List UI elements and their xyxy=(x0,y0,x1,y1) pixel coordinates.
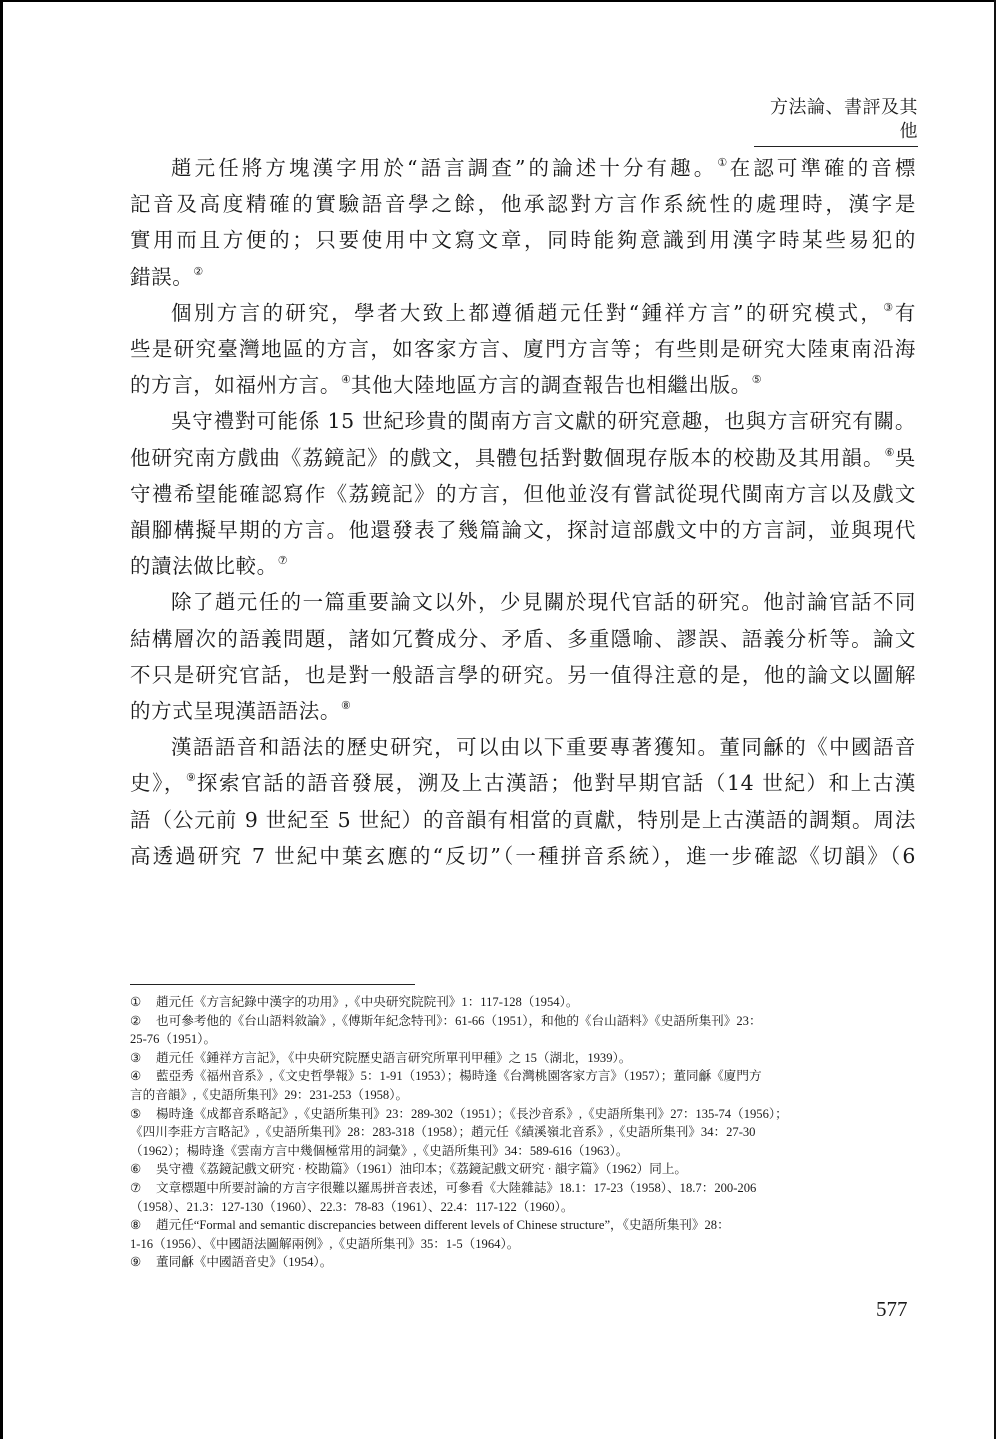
text-line: 實用而且方便的；只要使用中文寫文章，同時能夠意識到用漢字時某些易犯的 xyxy=(130,222,916,258)
footnote-6: ⑥吳守禮《荔鏡記戲文研究 · 校勘篇》（1961）油印本；《荔鏡記戲文研究 · … xyxy=(130,1160,916,1179)
text-line: 高透過研究 7 世紀中葉玄應的“反切”（一種拼音系統），進一步確認《切韻》（6 xyxy=(130,838,916,874)
paragraph: 除了趙元任的一篇重要論文以外，少見關於現代官話的研究。他討論官話不同 結構層次的… xyxy=(130,584,916,729)
footnote-3: ③趙元任《鍾祥方言記》，《中央研究院歷史語言研究所單刊甲種》之 15（湖北，19… xyxy=(130,1049,916,1068)
footnote-ref[interactable]: ② xyxy=(193,265,203,278)
page-border-top xyxy=(0,0,996,2)
footnotes: ①趙元任《方言紀錄中漢字的功用》,《中央研究院院刊》1：117-128（1954… xyxy=(130,993,916,1272)
footnote-ref[interactable]: ⑦ xyxy=(278,554,288,567)
page-border-left xyxy=(0,0,3,1439)
running-head: 方法論、書評及其他 xyxy=(754,96,918,147)
text-line: 吳守禮對可能係 15 世紀珍貴的閩南方言文獻的研究意趣，也與方言研究有關。 xyxy=(130,403,916,439)
text-line: 記音及高度精確的實驗語音學之餘，他承認對方言作系統性的處理時，漢字是 xyxy=(130,186,916,222)
footnote-number: ⑥ xyxy=(130,1160,156,1179)
text-line: 的方式呈現漢語語法。⑧ xyxy=(130,693,916,729)
footnote-number: ② xyxy=(130,1012,156,1031)
footnote-number: ⑨ xyxy=(130,1253,156,1272)
footnote-9: ⑨董同龢《中國語音史》（1954）。 xyxy=(130,1253,916,1272)
footnote-number: ⑧ xyxy=(130,1216,156,1235)
text-line: 他研究南方戲曲《荔鏡記》的戲文，具體包括對數個現存版本的校勘及其用韻。⑥吳 xyxy=(130,440,916,476)
text-line: 個別方言的研究，學者大致上都遵循趙元任對“鍾祥方言”的研究模式，③有 xyxy=(130,295,916,331)
footnote-number: ⑤ xyxy=(130,1105,156,1124)
footnote-ref[interactable]: ⑧ xyxy=(341,699,351,712)
footnote-number: ③ xyxy=(130,1049,156,1068)
paragraph: 趙元任將方塊漢字用於“語言調查”的論述十分有趣。①在認可準確的音標 記音及高度精… xyxy=(130,150,916,295)
footnote-divider xyxy=(130,984,415,985)
footnote-ref[interactable]: ⑤ xyxy=(752,373,762,386)
paragraph: 吳守禮對可能係 15 世紀珍貴的閩南方言文獻的研究意趣，也與方言研究有關。 他研… xyxy=(130,403,916,584)
text-line: 史》，⑨探索官話的語音發展，溯及上古漢語；他對早期官話（14 世紀）和上古漢 xyxy=(130,765,916,801)
paragraph: 漢語語音和語法的歷史研究，可以由以下重要專著獲知。董同龢的《中國語音 史》，⑨探… xyxy=(130,729,916,874)
footnote-1: ①趙元任《方言紀錄中漢字的功用》,《中央研究院院刊》1：117-128（1954… xyxy=(130,993,916,1012)
footnote-4: ④藍亞秀《福州音系》,《文史哲學報》5：1-91（1953）；楊時逢《台灣桃園客… xyxy=(130,1067,916,1104)
text-line: 語（公元前 9 世紀至 5 世紀）的音韻有相當的貢獻，特別是上古漢語的調類。周法 xyxy=(130,802,916,838)
footnote-ref[interactable]: ⑥ xyxy=(885,446,895,459)
text-line: 除了趙元任的一篇重要論文以外，少見關於現代官話的研究。他討論官話不同 xyxy=(130,584,916,620)
footnote-number: ⑦ xyxy=(130,1179,156,1198)
footnote-8: ⑧趙元任“Formal and semantic discrepancies b… xyxy=(130,1216,916,1253)
page-number: 577 xyxy=(876,1296,908,1322)
footnote-ref[interactable]: ③ xyxy=(883,301,895,314)
text-line: 的方言，如福州方言。④其他大陸地區方言的調查報告也相繼出版。⑤ xyxy=(130,367,916,403)
footnote-number: ④ xyxy=(130,1067,156,1086)
footnote-5: ⑤楊時逢《成都音系略記》,《史語所集刊》23：289-302（1951）；《長沙… xyxy=(130,1105,916,1161)
text-line: 守禮希望能確認寫作《荔鏡記》的方言，但他並沒有嘗試從現代閩南方言以及戲文 xyxy=(130,476,916,512)
footnote-ref[interactable]: ④ xyxy=(341,373,351,386)
footnote-7: ⑦文章標題中所要討論的方言字很難以羅馬拼音表述，可參看《大陸雜誌》18.1：17… xyxy=(130,1179,916,1216)
footnote-ref[interactable]: ① xyxy=(717,156,729,169)
text-line: 錯誤。② xyxy=(130,259,916,295)
body-text: 趙元任將方塊漢字用於“語言調查”的論述十分有趣。①在認可準確的音標 記音及高度精… xyxy=(130,150,916,874)
text-line: 結構層次的語義問題，諸如冗贅成分、矛盾、多重隱喻、謬誤、語義分析等。論文 xyxy=(130,621,916,657)
text-line: 不只是研究官話，也是對一般語言學的研究。另一值得注意的是，他的論文以圖解 xyxy=(130,657,916,693)
paragraph: 個別方言的研究，學者大致上都遵循趙元任對“鍾祥方言”的研究模式，③有 些是研究臺… xyxy=(130,295,916,404)
text-line: 的讀法做比較。⑦ xyxy=(130,548,916,584)
footnote-number: ① xyxy=(130,993,156,1012)
text-line: 韻腳構擬早期的方言。他還發表了幾篇論文，探討這部戲文中的方言詞，並與現代 xyxy=(130,512,916,548)
footnote-2: ②也可參考他的《台山語料敘論》,《傅斯年紀念特刊》：61-66（1951），和他… xyxy=(130,1012,916,1049)
text-line: 漢語語音和語法的歷史研究，可以由以下重要專著獲知。董同龢的《中國語音 xyxy=(130,729,916,765)
text-line: 些是研究臺灣地區的方言，如客家方言、廈門方言等；有些則是研究大陸東南沿海 xyxy=(130,331,916,367)
text-line: 趙元任將方塊漢字用於“語言調查”的論述十分有趣。①在認可準確的音標 xyxy=(130,150,916,186)
footnote-ref[interactable]: ⑨ xyxy=(186,771,197,784)
